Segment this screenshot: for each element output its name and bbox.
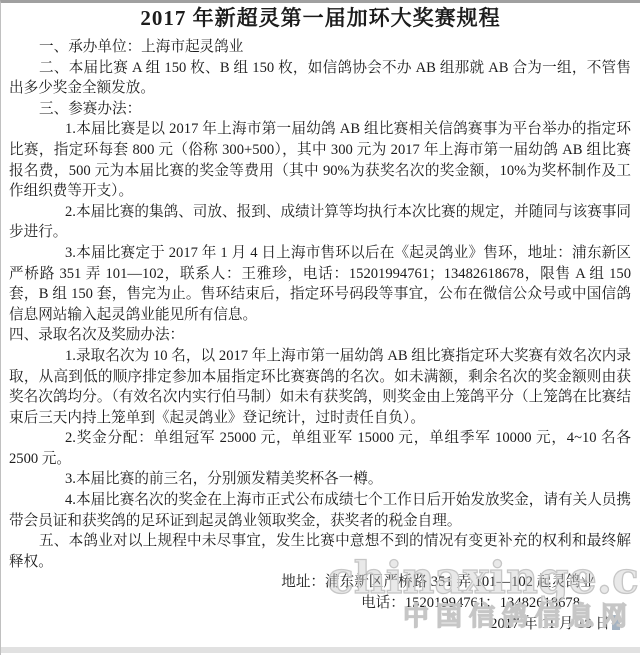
bottom-bar <box>1 647 640 653</box>
text-cursor <box>612 615 620 630</box>
paragraph: 四、录取名次及奖励办法： <box>9 325 631 346</box>
paragraph: 2.本届比赛的集鸽、司放、报到、成绩计算等均执行本次比赛的规定，并随同与该赛事同… <box>9 202 631 243</box>
paragraph: 三、参赛办法： <box>9 99 631 120</box>
paragraph: 二、本届比赛 A 组 150 枚、B 组 150 枚，如信鸽协会不办 AB 组那… <box>9 58 631 99</box>
document-title: 2017 年新超灵第一届加环大奖赛规程 <box>1 5 640 31</box>
footer-date-text: 2017 年 11 月 18 日 <box>490 616 610 632</box>
paragraph: 五、本鸽业对以上规程中未尽事宜，发生比赛中意想不到的情况有变更补充的权利和最终解… <box>9 531 631 572</box>
document-page: 2017 年新超灵第一届加环大奖赛规程 一、承办单位：上海市起灵鸽业二、本届比赛… <box>0 0 640 655</box>
paragraph: 4.本届比赛名次的奖金在上海市正式公布成绩七个工作日后开始发放奖金，请有关人员携… <box>9 490 631 531</box>
paragraph: 2.奖金分配：单组冠军 25000 元，单组亚军 15000 元，单组季军 10… <box>9 428 631 469</box>
paragraph: 3.本届比赛定于 2017 年 1 月 4 日上海市售环以后在《起灵鸽业》售环，… <box>9 243 631 325</box>
footer-phone: 电话：15201994761；13482618678 <box>1 593 640 614</box>
footer-address: 地址：浦东新区严桥路 351 弄 101—102 起灵鸽业 <box>1 572 640 593</box>
paragraph: 一、承办单位：上海市起灵鸽业 <box>9 37 631 58</box>
paragraph: 3.本届比赛的前三名，分别颁发精美奖杯各一樽。 <box>9 469 631 490</box>
paragraphs: 一、承办单位：上海市起灵鸽业二、本届比赛 A 组 150 枚、B 组 150 枚… <box>1 37 640 572</box>
footer-date: 2017 年 11 月 18 日 <box>1 614 640 635</box>
paragraph: 1.录取名次为 10 名，以 2017 年上海市第一届幼鸽 AB 组比赛指定环大… <box>9 346 631 428</box>
paragraph: 1.本届比赛是以 2017 年上海市第一届幼鸽 AB 组比赛相关信鸽赛事为平台举… <box>9 119 631 201</box>
